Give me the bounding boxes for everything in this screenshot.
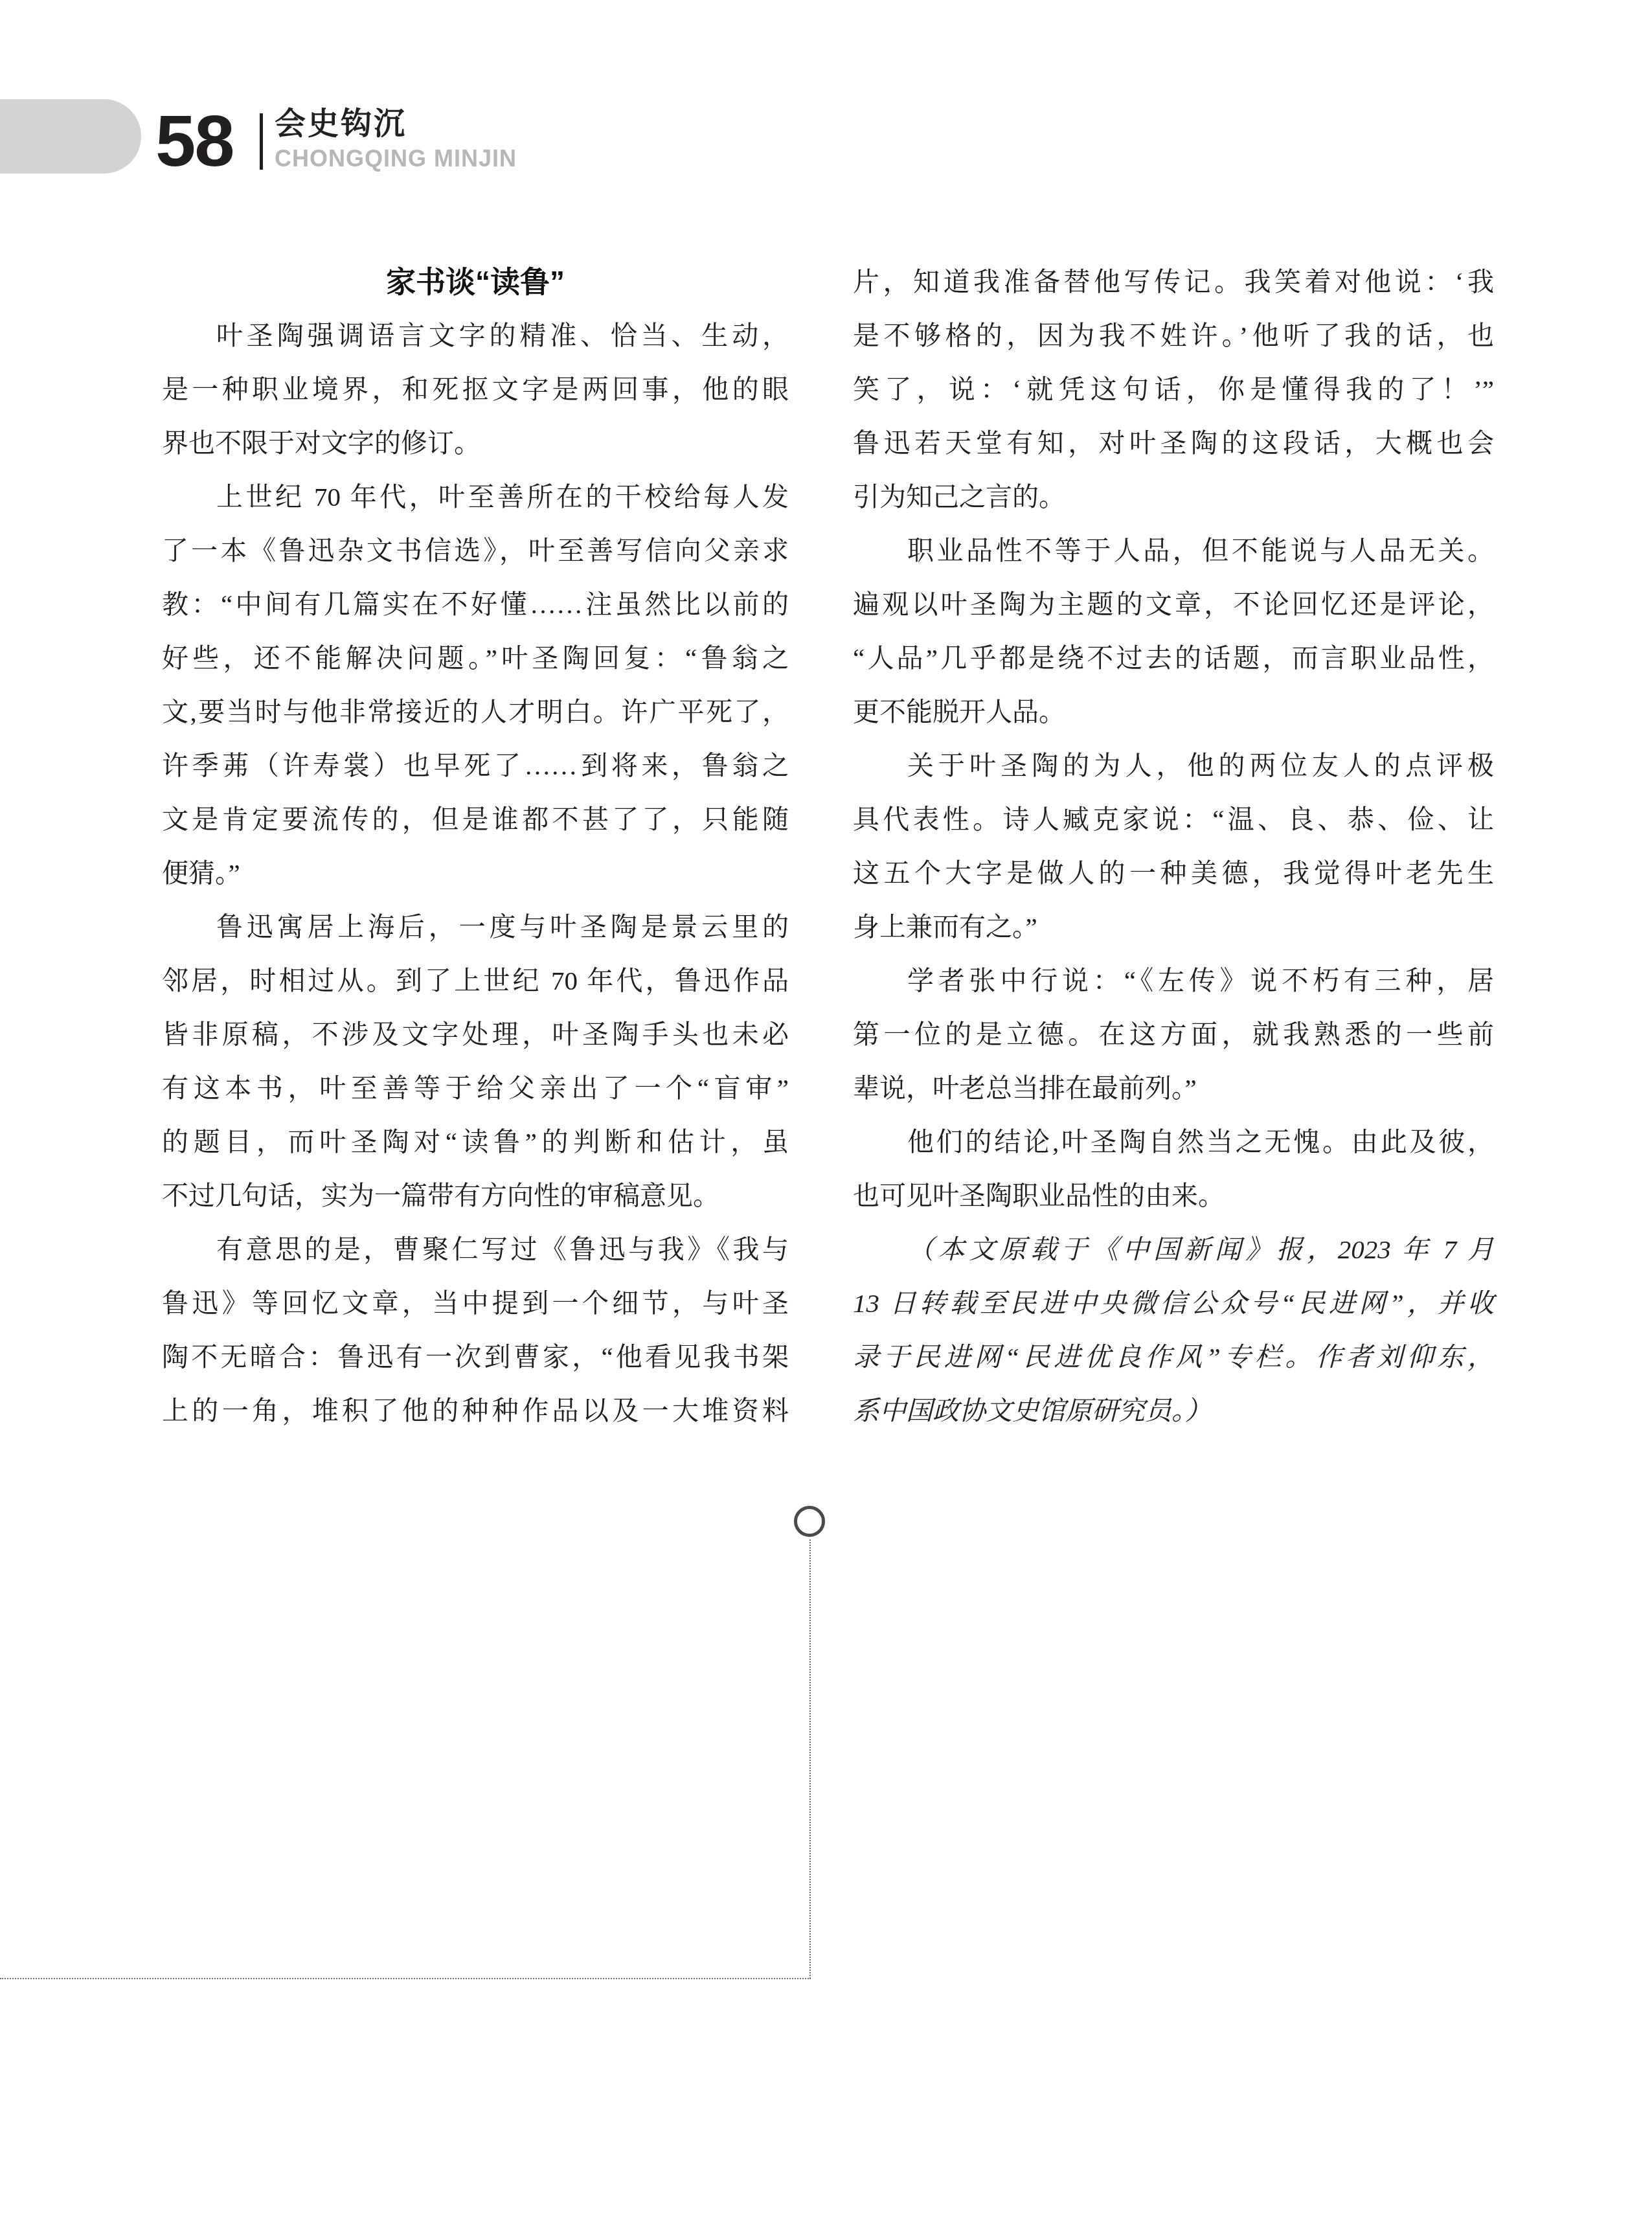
text-line: 有意思的是，曹聚仁写过《鲁迅与我》《我与 — [162, 1223, 789, 1277]
text-line: 引为知己之言的。 — [853, 470, 1494, 524]
text-line: 界也不限于对文字的修订。 — [162, 416, 789, 470]
text-line: “人品”几乎都是绕不过去的话题，而言职业品性， — [853, 631, 1494, 685]
article-title: 家书谈“读鲁” — [162, 255, 789, 309]
text-line: 他们的结论,叶圣陶自然当之无愧。由此及彼， — [853, 1115, 1494, 1169]
text-line: 系中国政协文史馆原研究员。） — [853, 1384, 1494, 1438]
text-line: 身上兼而有之。” — [853, 900, 1494, 954]
text-line: 有这本书，叶至善等于给父亲出了一个“盲审” — [162, 1062, 789, 1115]
text-line: 许季茀（许寿裳）也早死了……到将来，鲁翁之 — [162, 739, 789, 793]
magazine-page: 58 会史钩沉 CHONGQING MINJIN 家书谈“读鲁”叶圣陶强调语言文… — [0, 0, 1652, 2226]
text-line: 不过几句话，实为一篇带有方向性的审稿意见。 — [162, 1169, 789, 1223]
text-line: 第一位的是立德。在这方面，就我熟悉的一些前 — [853, 1008, 1494, 1062]
text-line: 好些，还不能解决问题。”叶圣陶回复：“鲁翁之 — [162, 631, 789, 685]
text-line: 陶不无暗合：鲁迅有一次到曹家，“他看见我书架 — [162, 1330, 789, 1384]
text-line: 具代表性。诗人臧克家说：“温、良、恭、俭、让 — [853, 793, 1494, 846]
text-line: 学者张中行说：“《左传》说不朽有三种，居 — [853, 954, 1494, 1008]
vertical-dotted-line — [809, 1539, 811, 1979]
text-line: 这五个大字是做人的一种美德，我觉得叶老先生 — [853, 846, 1494, 900]
text-line: 更不能脱开人品。 — [853, 685, 1494, 739]
text-line: 关于叶圣陶的为人，他的两位友人的点评极 — [853, 739, 1494, 793]
header-divider — [260, 113, 263, 170]
text-line: 便猜。” — [162, 846, 789, 900]
text-line: （本文原载于《中国新闻》报，2023 年 7 月 — [853, 1223, 1494, 1277]
text-line: 鲁迅》等回忆文章，当中提到一个细节，与叶圣 — [162, 1277, 789, 1330]
article-column-right: 片，知道我准备替他写传记。我笑着对他说：‘我是不够格的，因为我不姓许。’他听了我… — [853, 255, 1494, 1438]
text-line: 上世纪 70 年代，叶至善所在的干校给每人发 — [162, 470, 789, 524]
text-line: 文,要当时与他非常接近的人才明白。许广平死了， — [162, 685, 789, 739]
text-line: 遍观以叶圣陶为主题的文章，不论回忆还是评论， — [853, 578, 1494, 631]
text-line: 也可见叶圣陶职业品性的由来。 — [853, 1169, 1494, 1223]
text-line: 是不够格的，因为我不姓许。’他听了我的话，也 — [853, 309, 1494, 363]
text-line: 职业品性不等于人品，但不能说与人品无关。 — [853, 524, 1494, 578]
text-line: 鲁迅寓居上海后，一度与叶圣陶是景云里的 — [162, 900, 789, 954]
text-line: 上的一角，堆积了他的种种作品以及一大堆资料 — [162, 1384, 789, 1438]
section-subtitle: CHONGQING MINJIN — [275, 146, 517, 171]
text-line: 教：“中间有几篇实在不好懂……注虽然比以前的 — [162, 578, 789, 631]
text-line: 叶圣陶强调语言文字的精准、恰当、生动， — [162, 309, 789, 363]
horizontal-dotted-line — [0, 1978, 811, 1979]
header-gray-block — [0, 99, 141, 174]
text-line: 了一本《鲁迅杂文书信选》，叶至善写信向父亲求 — [162, 524, 789, 578]
page-number: 58 — [155, 109, 234, 174]
text-line: 鲁迅若天堂有知，对叶圣陶的这段话，大概也会 — [853, 416, 1494, 470]
article-column-left: 家书谈“读鲁”叶圣陶强调语言文字的精准、恰当、生动，是一种职业境界，和死抠文字是… — [162, 255, 789, 1438]
section-title: 会史钩沉 — [275, 108, 407, 141]
text-line: 笑了，说：‘就凭这句话，你是懂得我的了！’” — [853, 363, 1494, 416]
text-line: 邻居，时相过从。到了上世纪 70 年代，鲁迅作品 — [162, 954, 789, 1008]
text-line: 13 日转载至民进中央微信公众号“民进网”，并收 — [853, 1277, 1494, 1330]
circle-marker — [794, 1506, 825, 1537]
text-line: 辈说，叶老总当排在最前列。” — [853, 1062, 1494, 1115]
text-line: 文是肯定要流传的，但是谁都不甚了了，只能随 — [162, 793, 789, 846]
text-line: 的题目，而叶圣陶对“读鲁”的判断和估计，虽 — [162, 1115, 789, 1169]
text-line: 皆非原稿，不涉及文字处理，叶圣陶手头也未必 — [162, 1008, 789, 1062]
text-line: 片，知道我准备替他写传记。我笑着对他说：‘我 — [853, 255, 1494, 309]
text-line: 是一种职业境界，和死抠文字是两回事，他的眼 — [162, 363, 789, 416]
text-line: 录于民进网“民进优良作风”专栏。作者刘仰东， — [853, 1330, 1494, 1384]
